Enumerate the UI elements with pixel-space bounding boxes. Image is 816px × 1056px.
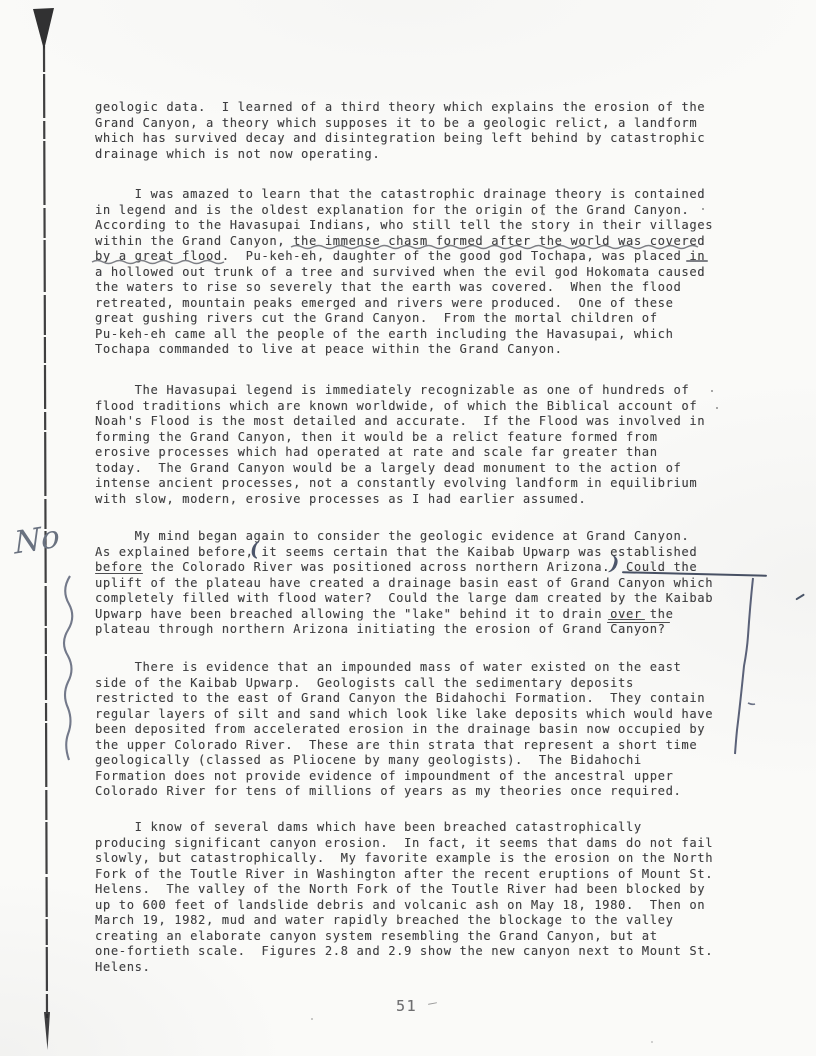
scan-speck <box>711 390 713 392</box>
scan-speck <box>716 407 718 409</box>
typed-underline-before <box>95 573 143 574</box>
margin-line-left <box>56 572 80 764</box>
paragraph-havasupai-legend: I was amazed to learn that the catastrop… <box>95 187 713 358</box>
typed-underline-over <box>608 619 645 620</box>
scan-speck <box>210 938 213 940</box>
inserted-open-paren: ( <box>249 539 260 562</box>
page-number-stray-dash <box>428 1002 437 1005</box>
scan-speck <box>651 1041 653 1043</box>
scan-speck <box>311 1018 313 1020</box>
paragraph-bidahochi: There is evidence that an impounded mass… <box>95 660 713 800</box>
wavy-underline-immense-chasm <box>291 243 711 251</box>
scan-speck <box>702 208 704 210</box>
paragraph-toutle-river: I know of several dams which have been b… <box>95 820 713 975</box>
margin-line-right <box>724 572 758 760</box>
stray-tick-right-margin <box>795 593 804 600</box>
underline-in <box>686 260 708 262</box>
overline-canyon <box>607 622 670 623</box>
wavy-underline-great-flood <box>92 258 234 266</box>
page-number: 51 <box>396 997 417 1015</box>
margin-note-no: No <box>13 518 60 561</box>
paragraph-flood-traditions: The Havasupai legend is immediately reco… <box>95 383 705 507</box>
paragraph-geologic-data: geologic data. I learned of a third theo… <box>95 100 705 162</box>
